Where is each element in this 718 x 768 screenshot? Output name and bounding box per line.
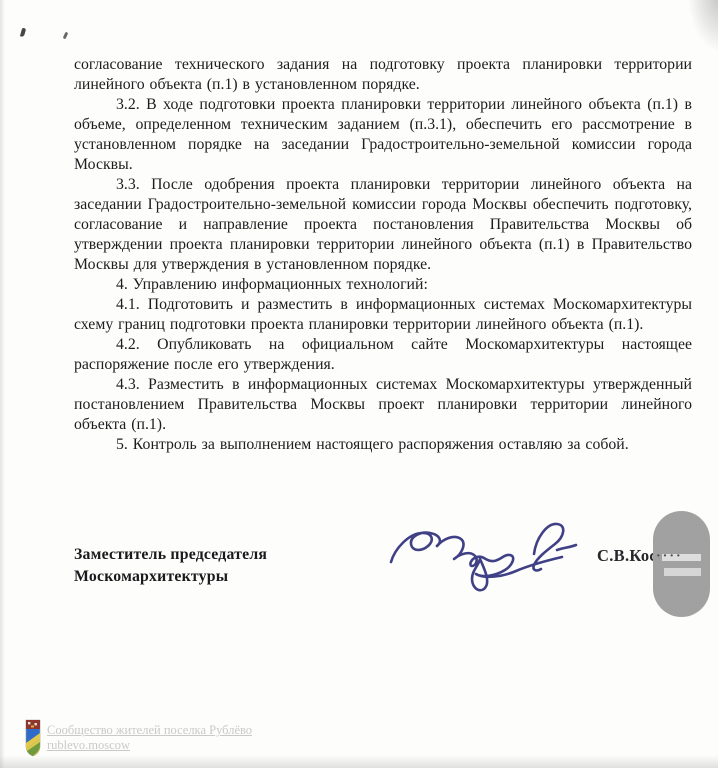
watermark-site-link[interactable]: rublevo.moscow (47, 738, 347, 753)
watermark-community-link[interactable]: Сообщество жителей поселка Рублёво (47, 723, 347, 738)
paragraph-4-2: 4.2. Опубликовать на официальном сайте М… (74, 335, 692, 375)
paragraph-4: 4. Управлению информационных технологий: (74, 275, 692, 295)
paragraph-3-1-continuation: согласование технического задания на под… (74, 55, 692, 95)
handwritten-signature-icon (385, 508, 580, 596)
scan-edge-shade (0, 0, 5, 768)
paragraph-4-1: 4.1. Подготовить и разместить в информац… (74, 295, 692, 335)
paragraph-4-3: 4.3. Разместить в информационных система… (74, 375, 692, 435)
document-body: согласование технического задания на под… (74, 55, 692, 455)
paragraph-3-2: 3.2. В ходе подготовки проекта планировк… (74, 95, 692, 175)
redaction-bar (664, 568, 701, 576)
signer-position-title: Заместитель председателя Москомархитекту… (74, 544, 267, 588)
obscured-name-dots: ···· (656, 549, 683, 565)
signer-position-line1: Заместитель председателя (74, 544, 267, 566)
scan-artifact-mark (20, 28, 26, 38)
scan-bottom-shade (0, 755, 718, 768)
scan-artifact-mark (63, 32, 69, 40)
paragraph-5: 5. Контроль за выполнением настоящего ра… (74, 435, 692, 455)
scanned-document-page: согласование технического задания на под… (0, 0, 718, 768)
watermark-text: Сообщество жителей поселка Рублёво ruble… (47, 723, 347, 753)
rublevo-coat-of-arms-icon (25, 719, 41, 757)
paragraph-3-3: 3.3. После одобрения проекта планировки … (74, 175, 692, 275)
page-curl-shadow (688, 0, 718, 52)
signer-position-line2: Москомархитектуры (74, 566, 267, 588)
